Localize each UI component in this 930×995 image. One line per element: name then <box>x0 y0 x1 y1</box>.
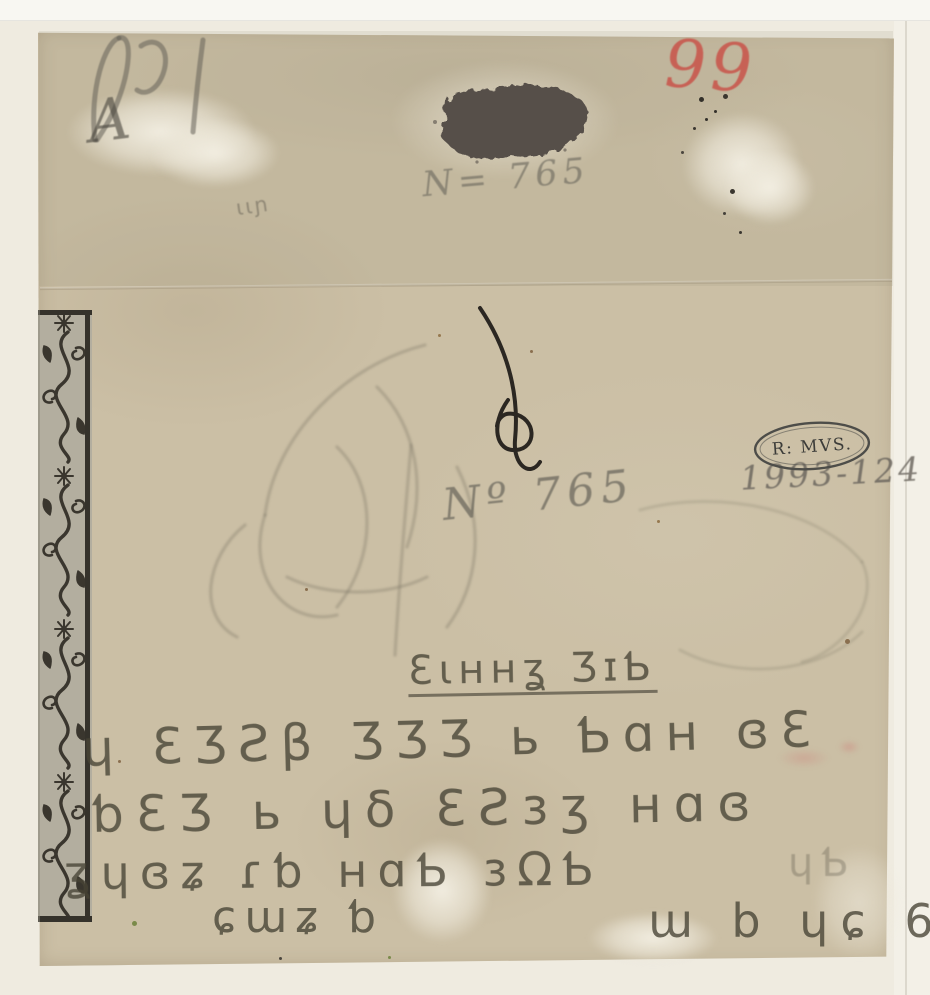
mat-top-band <box>0 0 930 21</box>
script-row: ɯ b ɥɕ 6 <box>648 894 930 948</box>
green-specks <box>0 0 3 3</box>
ink-flourish <box>460 300 570 490</box>
stamp-text: R: MVS. <box>771 434 853 460</box>
scan-root: 99 A ɩɩɲ N= 765 Nº 765 1993-124 R: MVS. … <box>0 0 930 995</box>
script-row-headline: Ɛɩʜʜʓ ƷɪƄ <box>408 644 658 694</box>
pink-smudge <box>838 740 860 754</box>
red-collection-number: 99 <box>656 25 764 107</box>
paste-patch <box>725 150 815 225</box>
pencil-squiggle: ɩɩɲ <box>234 192 271 220</box>
script-faint-fragment: ɥƄ <box>788 840 857 886</box>
pencil-a-mark: A <box>84 84 134 157</box>
ornamental-border <box>38 310 92 922</box>
museum-stamp: R: MVS. <box>748 414 876 479</box>
pink-smudge <box>778 748 830 768</box>
script-row: ɕɯʑ ƅ <box>212 892 384 943</box>
script-row: ƅƐƷ ь ɥδ ƐƧɜʒ ʜɑɞ <box>92 774 764 844</box>
